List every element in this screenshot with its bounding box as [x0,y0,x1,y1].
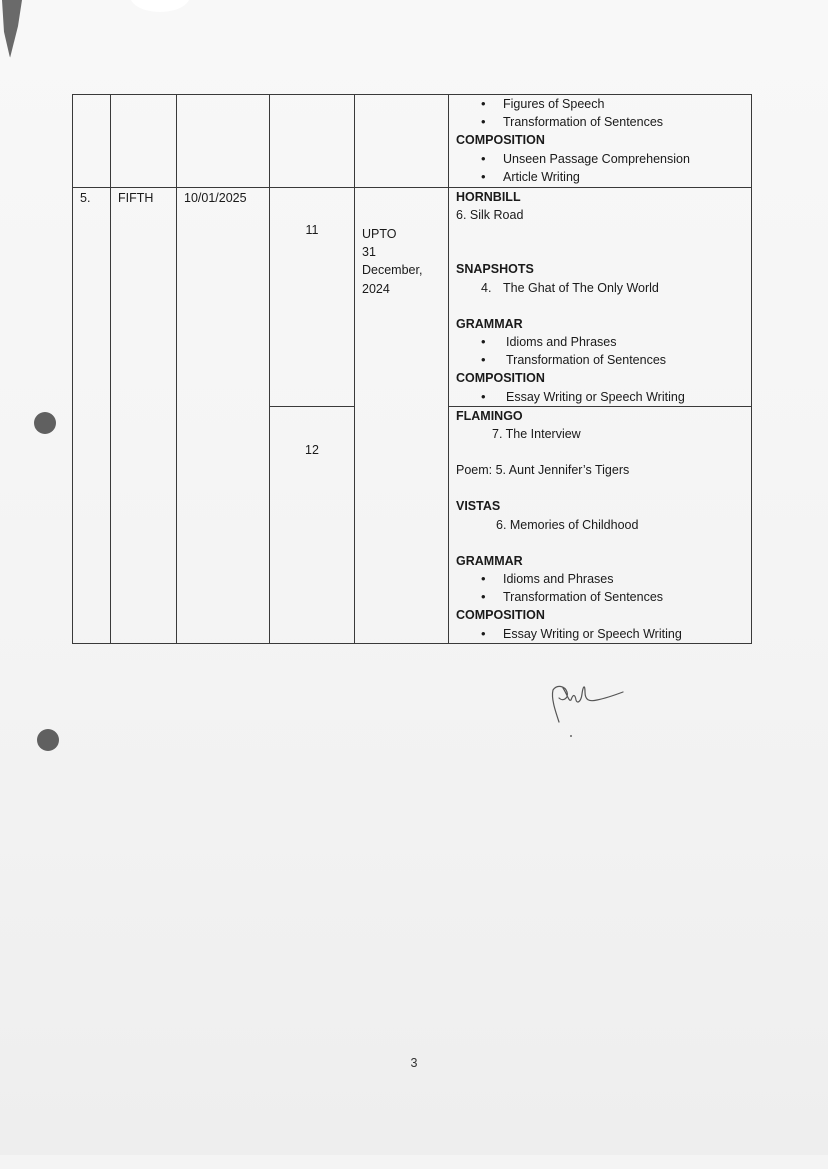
section-heading-grammar: GRAMMAR [456,315,744,333]
section-heading-vistas: VISTAS [456,497,744,515]
sno-cell: 5. [73,188,111,644]
test-cell [111,95,177,188]
section-heading-flamingo: FLAMINGO [456,407,744,425]
section-heading-composition: COMPOSITION [456,131,744,149]
punch-hole [37,729,59,751]
chapter-item: 7. The Interview [456,425,744,443]
list-item: Unseen Passage Comprehension [456,150,744,168]
chapter-item: 6. Memories of Childhood [456,516,744,534]
staple-mark [2,0,22,58]
sno-cell [73,95,111,188]
list-item: Idioms and Phrases [456,333,744,351]
list-item: Transformation of Sentences [456,588,744,606]
chapter-item: 6. Silk Road [456,206,744,224]
list-item: Transformation of Sentences [456,351,744,369]
grammar-list: Idioms and Phrases Transformation of Sen… [456,570,744,606]
ink-dot [570,735,572,737]
syllabus-content-cell: FLAMINGO 7. The Interview Poem: 5. Aunt … [449,406,752,643]
chapter-item: 4.The Ghat of The Only World [456,279,744,297]
grammar-list: Figures of Speech Transformation of Sent… [456,95,744,131]
grammar-list: Idioms and Phrases Transformation of Sen… [456,333,744,369]
composition-list: Essay Writing or Speech Writing [456,388,744,406]
upto-line: UPTO [362,225,441,243]
syllabus-content-cell: HORNBILL 6. Silk Road SNAPSHOTS 4.The Gh… [449,188,752,407]
section-heading-hornbill: HORNBILL [456,188,744,206]
section-heading-grammar: GRAMMAR [456,552,744,570]
signature-icon [545,680,635,730]
list-item: Article Writing [456,168,744,186]
upto-line: 2024 [362,280,441,298]
list-item: Essay Writing or Speech Writing [456,625,744,643]
punch-hole [34,412,56,434]
composition-list: Unseen Passage Comprehension Article Wri… [456,150,744,186]
list-item: Idioms and Phrases [456,570,744,588]
date-cell [177,95,270,188]
list-item: Essay Writing or Speech Writing [456,388,744,406]
list-item: Figures of Speech [456,95,744,113]
test-cell: FIFTH [111,188,177,644]
test-schedule-table: Figures of Speech Transformation of Sent… [72,94,752,644]
class-cell: 12 [270,406,355,643]
chapter-number: 4. [481,279,503,297]
syllabus-content-cell: Figures of Speech Transformation of Sent… [449,95,752,188]
upto-line: 31 [362,243,441,261]
section-heading-composition: COMPOSITION [456,606,744,624]
table-row-fifth-test-class-11: 5. FIFTH 10/01/2025 11 UPTO 31 December,… [73,188,752,407]
list-item: Transformation of Sentences [456,113,744,131]
poem-item: Poem: 5. Aunt Jennifer’s Tigers [456,461,744,479]
syllabus-upto-cell: UPTO 31 December, 2024 [355,188,449,644]
section-heading-snapshots: SNAPSHOTS [456,260,744,278]
class-cell: 11 [270,188,355,407]
table-row-continued: Figures of Speech Transformation of Sent… [73,95,752,188]
scanned-page: Figures of Speech Transformation of Sent… [0,0,828,1155]
upto-line: December, [362,261,441,279]
class-cell [270,95,355,188]
section-heading-composition: COMPOSITION [456,369,744,387]
date-cell: 10/01/2025 [177,188,270,644]
composition-list: Essay Writing or Speech Writing [456,625,744,643]
scan-glare [130,0,190,12]
chapter-title: The Ghat of The Only World [503,281,659,295]
page-number: 3 [0,1056,828,1070]
syllabus-upto-cell [355,95,449,188]
scan-margin [0,1155,828,1169]
